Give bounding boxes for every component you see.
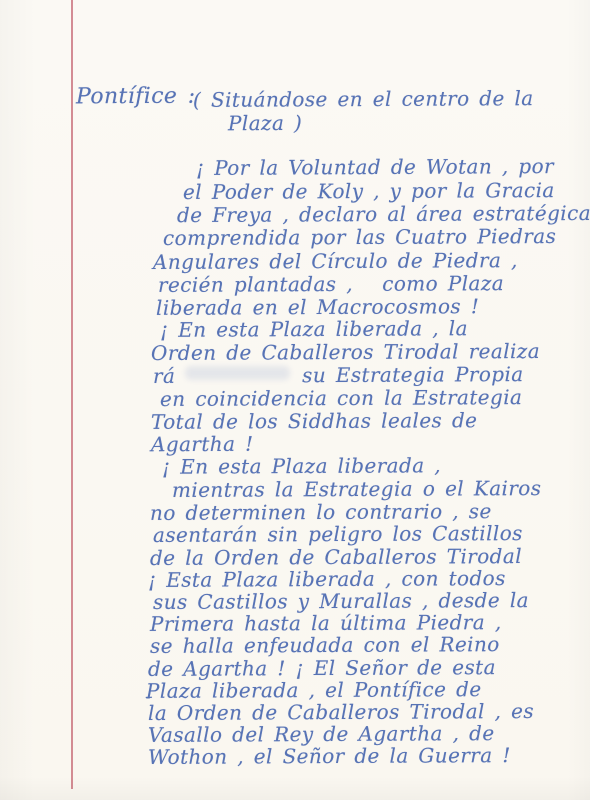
handwritten-line: Primera hasta la última Piedra , (150, 611, 502, 635)
handwritten-line: recién plantadas , como Plaza (158, 272, 504, 296)
handwritten-line: Orden de Caballeros Tirodal realiza (151, 340, 540, 364)
handwritten-line: ¡ Esta Plaza liberada , con todos (148, 567, 506, 591)
handwritten-line: no determinen lo contrario , se (150, 500, 492, 524)
handwritten-line: Total de los Siddhas leales de (151, 409, 477, 433)
handwritten-line: Plaza liberada , el Pontífice de (146, 678, 482, 702)
ink-speck (146, 697, 150, 699)
handwritten-line: en coincidencia con la Estrategia (160, 386, 522, 410)
handwritten-line: ¡ En esta Plaza liberada , (162, 454, 441, 477)
handwritten-line: de Freya , declaro al área estratégica (177, 202, 590, 226)
handwritten-line: se halla enfeudada con el Reino (150, 633, 500, 657)
scanned-document-page: Pontífice :( Situándose en el centro de … (0, 0, 590, 800)
handwritten-line: liberada en el Macrocosmos ! (156, 295, 479, 319)
handwritten-line: ¡ Por la Voluntad de Wotan , por (196, 155, 554, 179)
speaker-label: Pontífice : (76, 86, 196, 109)
handwritten-line: comprendida por las Cuatro Piedras (163, 225, 556, 249)
handwritten-line: rá su Estrategia Propia (153, 363, 524, 387)
red-margin-line (71, 0, 73, 789)
handwritten-line: Vasallo del Rey de Agartha , de (148, 722, 495, 746)
handwritten-line: ¡ En esta Plaza liberada , la (160, 317, 468, 341)
handwritten-line: Agartha ! (151, 433, 254, 456)
stage-direction: Plaza ) (228, 112, 302, 134)
handwritten-line: Angulares del Círculo de Piedra , (153, 249, 518, 273)
handwritten-line: asentarán sin peligro los Castillos (153, 522, 523, 546)
handwritten-line: el Poder de Koly , y por la Gracia (183, 179, 555, 203)
stage-direction: ( Situándose en el centro de la (193, 87, 534, 111)
handwritten-line: mientras la Estrategia o el Kairos (172, 477, 541, 501)
handwritten-line: Wothon , el Señor de la Guerra ! (148, 744, 511, 768)
